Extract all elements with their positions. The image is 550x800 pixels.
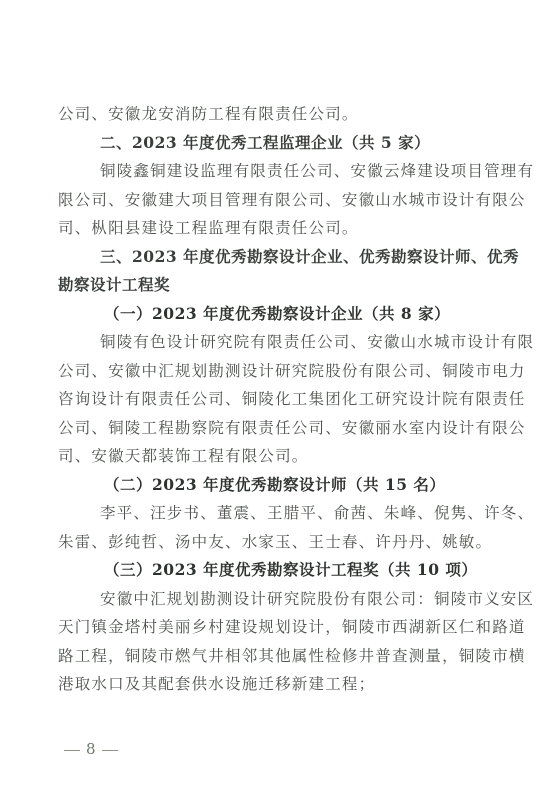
page-number: 8 [86, 740, 96, 758]
document-page: 公司、安徽龙安消防工程有限责任公司。 二、2023 年度优秀工程监理企业（共 5… [58, 100, 486, 699]
text-line: 铜陵鑫铜建设监理有限责任公司、安徽云烽建设项目管理有 [58, 157, 486, 186]
page-footer: 8 [58, 740, 124, 758]
section-heading-3: 三、2023 年度优秀勘察设计企业、优秀勘察设计师、优秀 [58, 243, 486, 272]
dash-left [64, 750, 80, 751]
subsection-heading-1: （一）2023 年度优秀勘察设计企业（共 8 家） [58, 300, 486, 329]
text-line: 限公司、安徽建大项目管理有限公司、安徽山水城市设计有限公 [58, 186, 486, 215]
names-line: 李平、汪步书、董震、王腊平、俞茜、朱峰、倪隽、许冬、 [58, 499, 486, 528]
names-line: 朱雷、彭纯哲、汤中友、水家玉、王士春、许丹丹、姚敏。 [58, 528, 486, 557]
section-heading-2: 二、2023 年度优秀工程监理企业（共 5 家） [58, 129, 486, 158]
text-line: 公司、安徽龙安消防工程有限责任公司。 [58, 100, 486, 129]
text-line: 安徽中汇规划勘测设计研究院股份有限公司：铜陵市义安区 [58, 585, 486, 614]
text-line: 司、枞阳县建设工程监理有限责任公司。 [58, 214, 486, 243]
text-line: 天门镇金塔村美丽乡村建设规划设计，铜陵市西湖新区仁和路道 [58, 613, 486, 642]
section-heading-3-cont: 勘察设计工程奖 [58, 271, 486, 300]
text-line: 公司、安徽中汇规划勘测设计研究院股份有限公司、铜陵市电力 [58, 357, 486, 386]
text-line: 咨询设计有限责任公司、铜陵化工集团化工研究设计院有限责任 [58, 385, 486, 414]
subsection-heading-3: （三）2023 年度优秀勘察设计工程奖（共 10 项） [58, 556, 486, 585]
text-line: 铜陵有色设计研究院有限责任公司、安徽山水城市设计有限 [58, 328, 486, 357]
dash-right [102, 750, 118, 751]
subsection-heading-2: （二）2023 年度优秀勘察设计师（共 15 名） [58, 471, 486, 500]
text-line: 路工程，铜陵市燃气井相邻其他属性检修井普查测量，铜陵市横 [58, 642, 486, 671]
text-line: 港取水口及其配套供水设施迁移新建工程； [58, 670, 486, 699]
text-line: 公司、铜陵工程勘察院有限责任公司、安徽丽水室内设计有限公 [58, 414, 486, 443]
text-line: 司、安徽天都装饰工程有限公司。 [58, 442, 486, 471]
